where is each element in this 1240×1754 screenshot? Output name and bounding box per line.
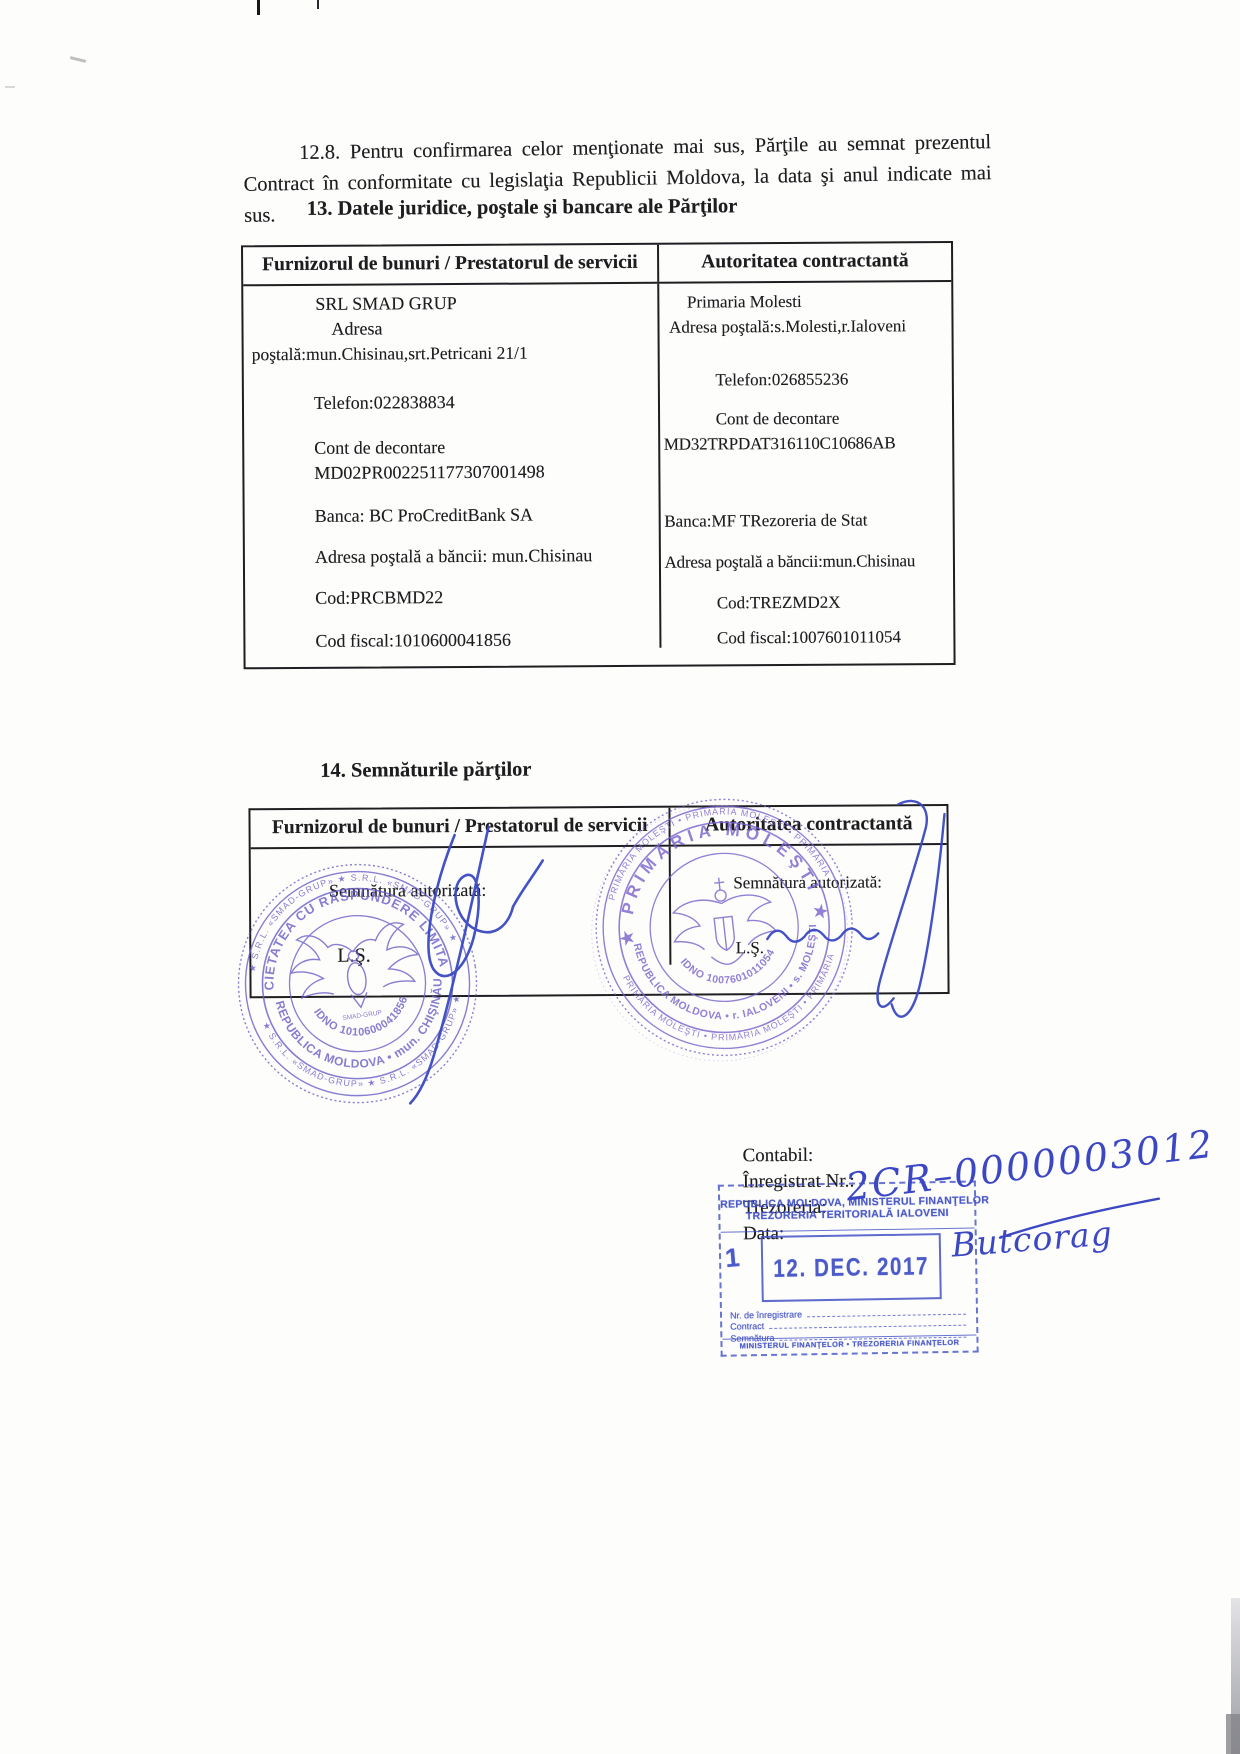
supplier-fiscal-code: Cod fiscal:1010600041856	[315, 627, 659, 654]
authority-fiscal-code: Cod fiscal:1007601011054	[717, 624, 954, 650]
scan-smudge-2	[5, 86, 15, 88]
contabil-label: Contabil:	[742, 1143, 854, 1170]
scan-mark-top-1	[257, 0, 260, 15]
authority-account-number: MD32TRPDAT316110C10686AB	[664, 430, 953, 457]
treasury-date-box: 12. DEC. 2017	[761, 1233, 942, 1302]
supplier-account-label: Cont de decontare	[314, 434, 658, 461]
authority-signature	[748, 786, 961, 1029]
treasury-entry-mark: 1	[724, 1242, 741, 1274]
legal-data-table: Furnizorul de bunuri / Prestatorul de se…	[241, 241, 956, 669]
authority-bank-code: Cod:TREZMD2X	[717, 589, 954, 615]
supplier-address-line2: poştală:mun.Chisinau,srt.Petricani 21/1	[252, 340, 658, 367]
supplier-cell: SRL SMAD GRUP Adresa poştală:mun.Chisina…	[243, 284, 661, 651]
header-authority: Autoritatea contractantă	[659, 243, 952, 282]
supplier-signature	[337, 818, 571, 1111]
legal-table-body: SRL SMAD GRUP Adresa poştală:mun.Chisina…	[243, 282, 953, 650]
legal-table-header: Furnizorul de bunuri / Prestatorul de se…	[243, 243, 951, 286]
authority-bank: Banca:MF TRezoreria de Stat	[664, 507, 953, 534]
supplier-account-number: MD02PR002251177307001498	[314, 459, 658, 486]
authority-cell: Primaria Molesti Adresa poştală:s.Molest…	[659, 282, 954, 648]
supplier-phone: Telefon:022838834	[314, 389, 658, 416]
treasury-rule	[721, 1228, 975, 1233]
treasury-row-registration: Nr. de înregistrare	[730, 1309, 802, 1320]
authority-phone: Telefon:026855236	[715, 366, 952, 392]
supplier-address-line1: Adresa	[331, 315, 657, 342]
supplier-bank-code: Cod:PRCBMD22	[315, 584, 659, 611]
supplier-name: SRL SMAD GRUP	[315, 290, 657, 317]
section-13-title: 13. Datele juridice, poştale şi bancare …	[307, 195, 738, 221]
document-sheet: 12.8. Pentru confirmarea celor menţionat…	[0, 0, 1240, 1754]
treasury-row-contract: Contract	[730, 1321, 764, 1332]
section-14-title: 14. Semnăturile părţilor	[320, 759, 531, 783]
header-supplier: Furnizorul de bunuri / Prestatorul de se…	[243, 245, 659, 285]
supplier-bank-address: Adresa poştală a băncii: mun.Chisinau	[315, 543, 659, 570]
supplier-bank: Banca: BC ProCreditBank SA	[315, 502, 659, 529]
authority-bank-address: Adresa poştală a băncii:mun.Chisinau	[664, 548, 953, 575]
authority-address: Adresa poştală:s.Molesti,r.Ialoveni	[669, 313, 952, 340]
scan-corner-shadow	[1226, 1714, 1240, 1754]
scanned-contract-page: 12.8. Pentru confirmarea celor menţionat…	[0, 0, 1240, 1754]
authority-name: Primaria Molesti	[687, 288, 952, 315]
treasury-footer: MINISTERUL FINANŢELOR • TREZORERIA FINAN…	[722, 1335, 976, 1353]
treasury-date-stamp: 12. DEC. 2017	[773, 1252, 929, 1284]
scan-mark-top-2	[317, 0, 319, 9]
authority-account-label: Cont de decontare	[716, 405, 953, 431]
